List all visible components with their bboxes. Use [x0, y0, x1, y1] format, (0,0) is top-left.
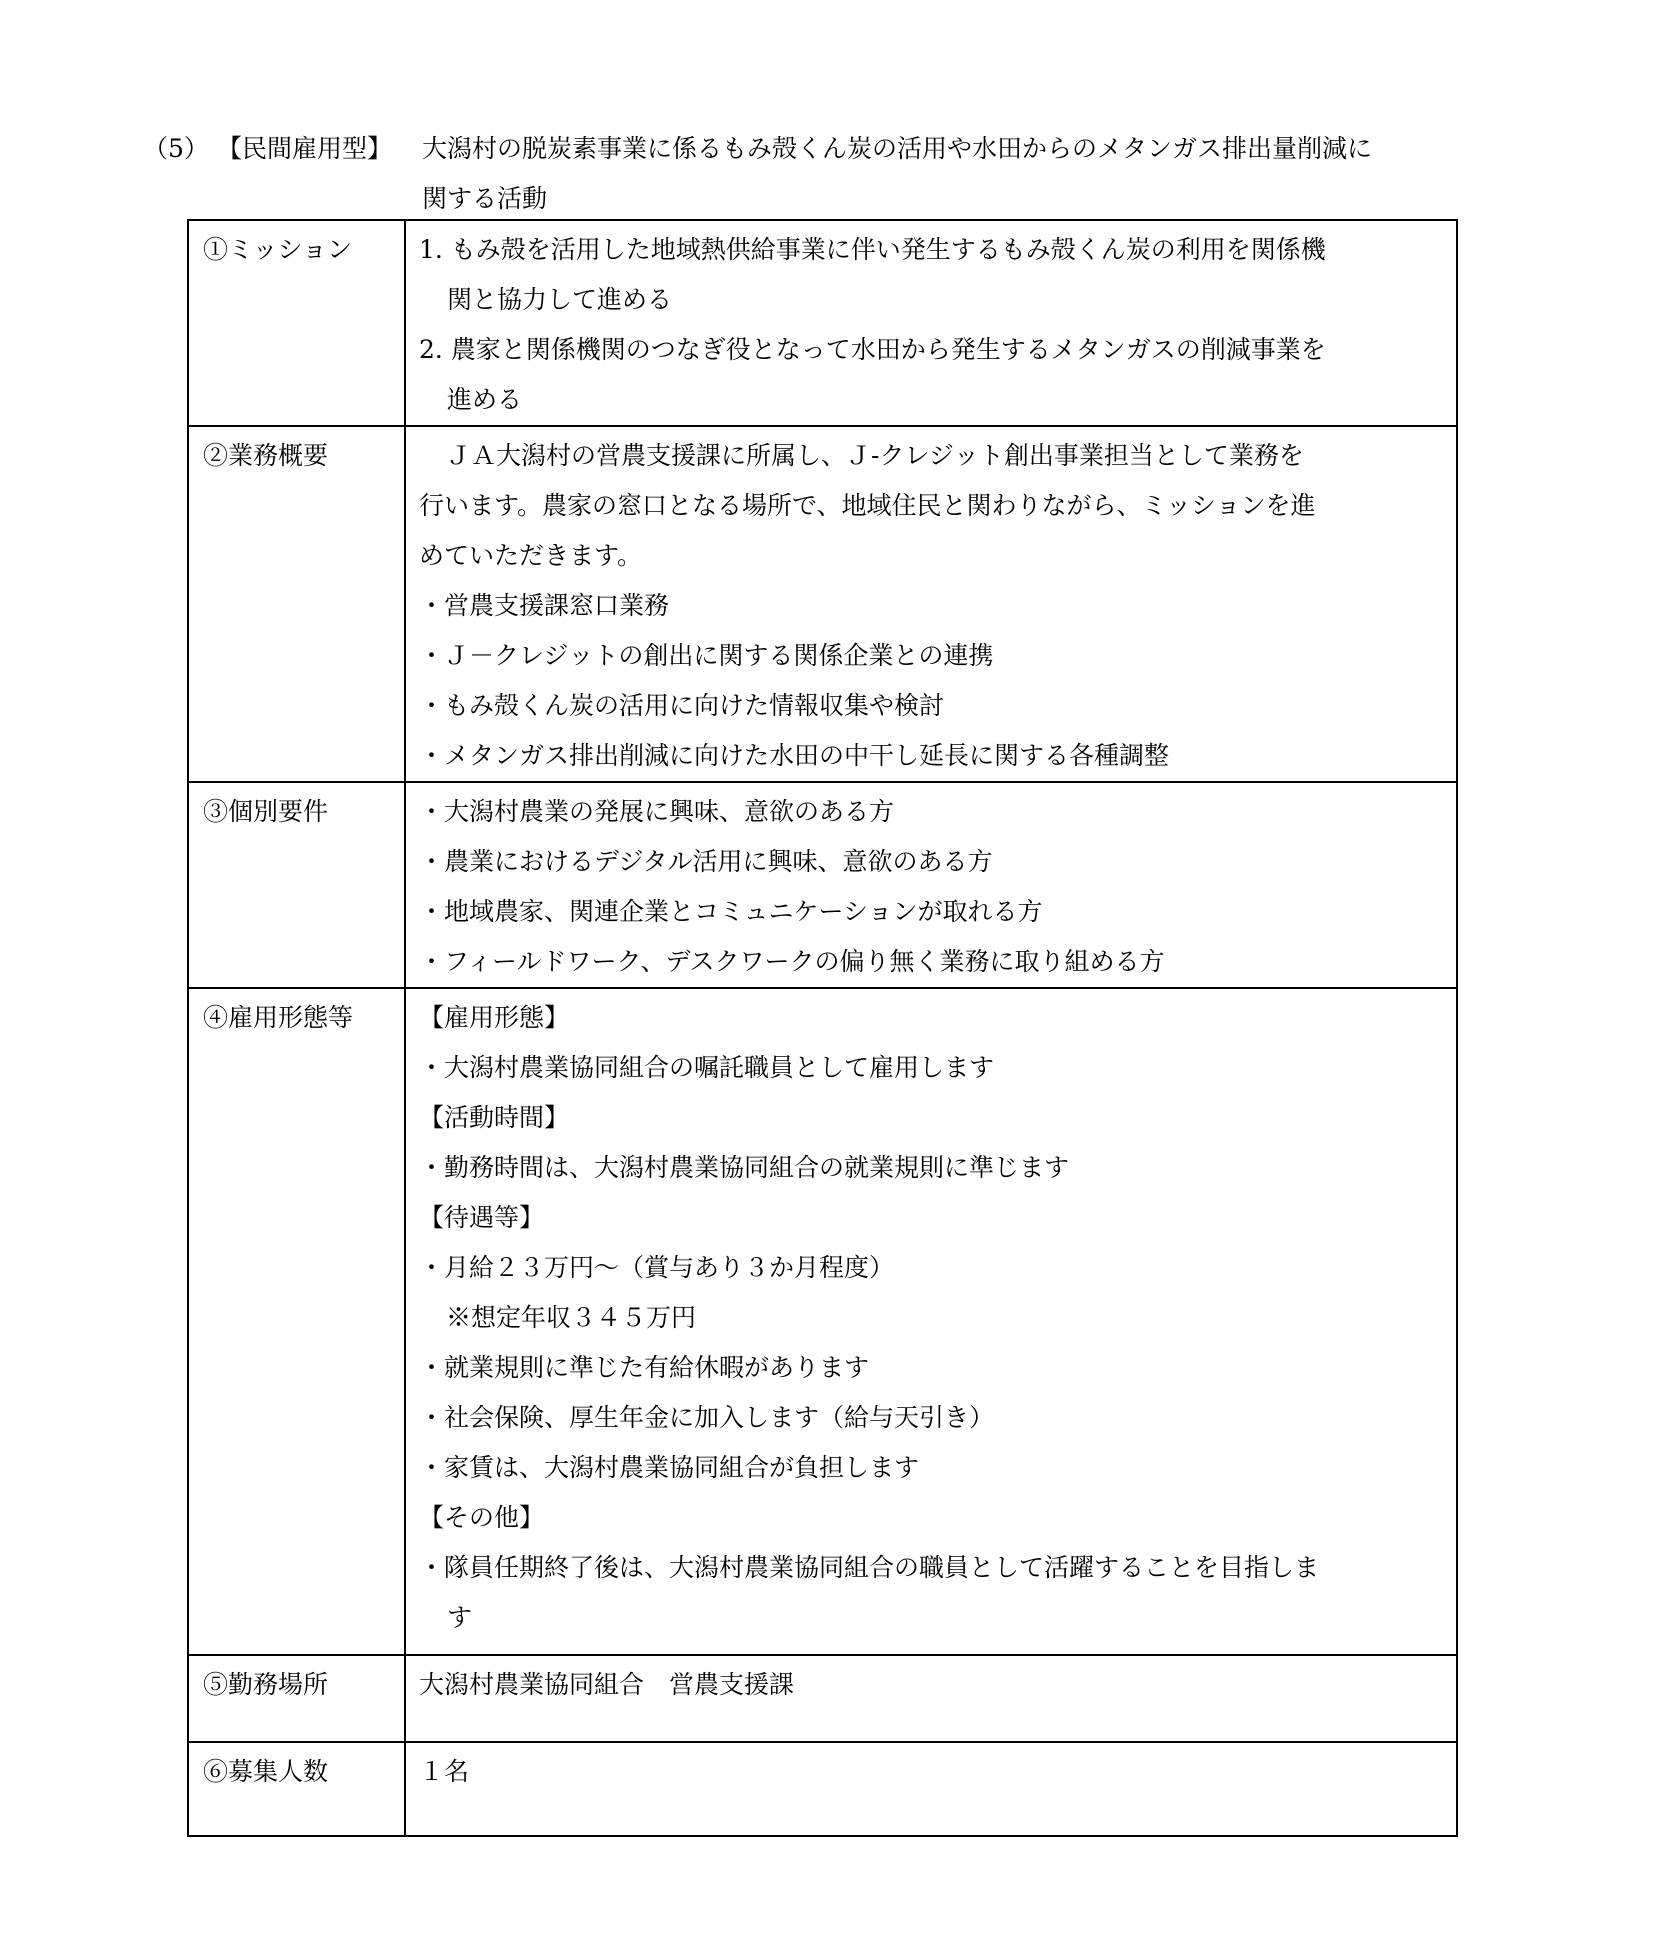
- row-label-cell: ①ミッション: [188, 220, 405, 426]
- employment-bullet: ・隊員任期終了後は、大潟村農業協同組合の職員として活躍することを目指しま: [419, 1543, 1446, 1593]
- section-number: （5）: [143, 124, 217, 174]
- subheading-working-hours: 【活動時間】: [419, 1093, 1446, 1143]
- employment-bullet: ・就業規則に準じた有給休暇があります: [419, 1343, 1446, 1393]
- row-content-cell: １名: [405, 1742, 1457, 1836]
- mission-item-2-cont: 進める: [419, 375, 1446, 425]
- requirement-bullet: ・農業におけるデジタル活用に興味、意欲のある方: [419, 837, 1446, 887]
- row-content-cell: 【雇用形態】 ・大潟村農業協同組合の嘱託職員として雇用します 【活動時間】 ・勤…: [405, 988, 1457, 1655]
- employment-type-label: 【民間雇用型】: [217, 124, 422, 174]
- table-row-recruit-count: ⑥募集人数 １名: [188, 1742, 1457, 1836]
- row-content-cell: ＪＡ大潟村の営農支援課に所属し、Ｊ-クレジット創出事業担当として業務を 行います…: [405, 426, 1457, 782]
- heading-line-2: 関する活動: [143, 174, 1543, 224]
- row-label-cell: ④雇用形態等: [188, 988, 405, 1655]
- row-label: ④雇用形態等: [203, 993, 404, 1043]
- salary-note: ※想定年収３４５万円: [419, 1293, 1446, 1343]
- mission-item-1-cont: 関と協力して進める: [419, 275, 1446, 325]
- subheading-employment-type: 【雇用形態】: [419, 993, 1446, 1043]
- row-label-cell: ③個別要件: [188, 782, 405, 988]
- requirement-bullet: ・地域農家、関連企業とコミュニケーションが取れる方: [419, 887, 1446, 937]
- row-content-cell: 大潟村農業協同組合 営農支援課: [405, 1655, 1457, 1742]
- row-label: ③個別要件: [203, 787, 404, 837]
- employment-bullet-cont: す: [419, 1593, 1446, 1643]
- row-label: ①ミッション: [203, 225, 404, 275]
- requirement-bullet: ・大潟村農業の発展に興味、意欲のある方: [419, 787, 1446, 837]
- overview-bullet: ・営農支援課窓口業務: [419, 581, 1446, 631]
- row-label-cell: ⑤勤務場所: [188, 1655, 405, 1742]
- table-row-business-overview: ②業務概要 ＪＡ大潟村の営農支援課に所属し、Ｊ-クレジット創出事業担当として業務…: [188, 426, 1457, 782]
- row-label: ②業務概要: [203, 431, 404, 481]
- overview-bullet: ・メタンガス排出削減に向けた水田の中干し延長に関する各種調整: [419, 731, 1446, 781]
- subheading-other: 【その他】: [419, 1493, 1446, 1543]
- table-row-mission: ①ミッション 1. もみ殻を活用した地域熱供給事業に伴い発生するもみ殻くん炭の利…: [188, 220, 1457, 426]
- section-title-line-1: 大潟村の脱炭素事業に係るもみ殻くん炭の活用や水田からのメタンガス排出量削減に: [422, 124, 1372, 174]
- job-details-table: ①ミッション 1. もみ殻を活用した地域熱供給事業に伴い発生するもみ殻くん炭の利…: [187, 219, 1458, 1837]
- subheading-benefits: 【待遇等】: [419, 1193, 1446, 1243]
- employment-bullet: ・大潟村農業協同組合の嘱託職員として雇用します: [419, 1043, 1446, 1093]
- table-row-employment-terms: ④雇用形態等 【雇用形態】 ・大潟村農業協同組合の嘱託職員として雇用します 【活…: [188, 988, 1457, 1655]
- overview-bullet: ・Ｊ－クレジットの創出に関する関係企業との連携: [419, 631, 1446, 681]
- row-label-cell: ②業務概要: [188, 426, 405, 782]
- row-label: ⑥募集人数: [203, 1747, 404, 1797]
- overview-paragraph-line: めていただきます。: [419, 531, 1446, 581]
- employment-bullet: ・勤務時間は、大潟村農業協同組合の就業規則に準じます: [419, 1143, 1446, 1193]
- section-title-line-2: 関する活動: [422, 184, 547, 213]
- overview-paragraph-line: ＪＡ大潟村の営農支援課に所属し、Ｊ-クレジット創出事業担当として業務を: [419, 431, 1446, 481]
- row-content-cell: ・大潟村農業の発展に興味、意欲のある方 ・農業におけるデジタル活用に興味、意欲の…: [405, 782, 1457, 988]
- row-label: ⑤勤務場所: [203, 1660, 404, 1710]
- mission-item-2: 2. 農家と関係機関のつなぎ役となって水田から発生するメタンガスの削減事業を: [419, 325, 1446, 375]
- overview-paragraph-line: 行います。農家の窓口となる場所で、地域住民と関わりながら、ミッションを進: [419, 481, 1446, 531]
- employment-bullet: ・社会保険、厚生年金に加入します（給与天引き）: [419, 1393, 1446, 1443]
- overview-bullet: ・もみ殻くん炭の活用に向けた情報収集や検討: [419, 681, 1446, 731]
- salary-bullet: ・月給２３万円～（賞与あり３か月程度）: [419, 1243, 1446, 1293]
- row-content-cell: 1. もみ殻を活用した地域熱供給事業に伴い発生するもみ殻くん炭の利用を関係機 関…: [405, 220, 1457, 426]
- requirement-bullet: ・フィールドワーク、デスクワークの偏り無く業務に取り組める方: [419, 937, 1446, 987]
- mission-item-1: 1. もみ殻を活用した地域熱供給事業に伴い発生するもみ殻くん炭の利用を関係機: [419, 225, 1446, 275]
- work-location-value: 大潟村農業協同組合 営農支援課: [419, 1660, 1446, 1710]
- table-row-work-location: ⑤勤務場所 大潟村農業協同組合 営農支援課: [188, 1655, 1457, 1742]
- employment-bullet: ・家賃は、大潟村農業協同組合が負担します: [419, 1443, 1446, 1493]
- row-label-cell: ⑥募集人数: [188, 1742, 405, 1836]
- recruit-count-value: １名: [419, 1747, 1446, 1797]
- heading-line-1: （5） 【民間雇用型】 大潟村の脱炭素事業に係るもみ殻くん炭の活用や水田からのメ…: [143, 124, 1543, 174]
- section-heading: （5） 【民間雇用型】 大潟村の脱炭素事業に係るもみ殻くん炭の活用や水田からのメ…: [143, 124, 1543, 224]
- table-row-requirements: ③個別要件 ・大潟村農業の発展に興味、意欲のある方 ・農業におけるデジタル活用に…: [188, 782, 1457, 988]
